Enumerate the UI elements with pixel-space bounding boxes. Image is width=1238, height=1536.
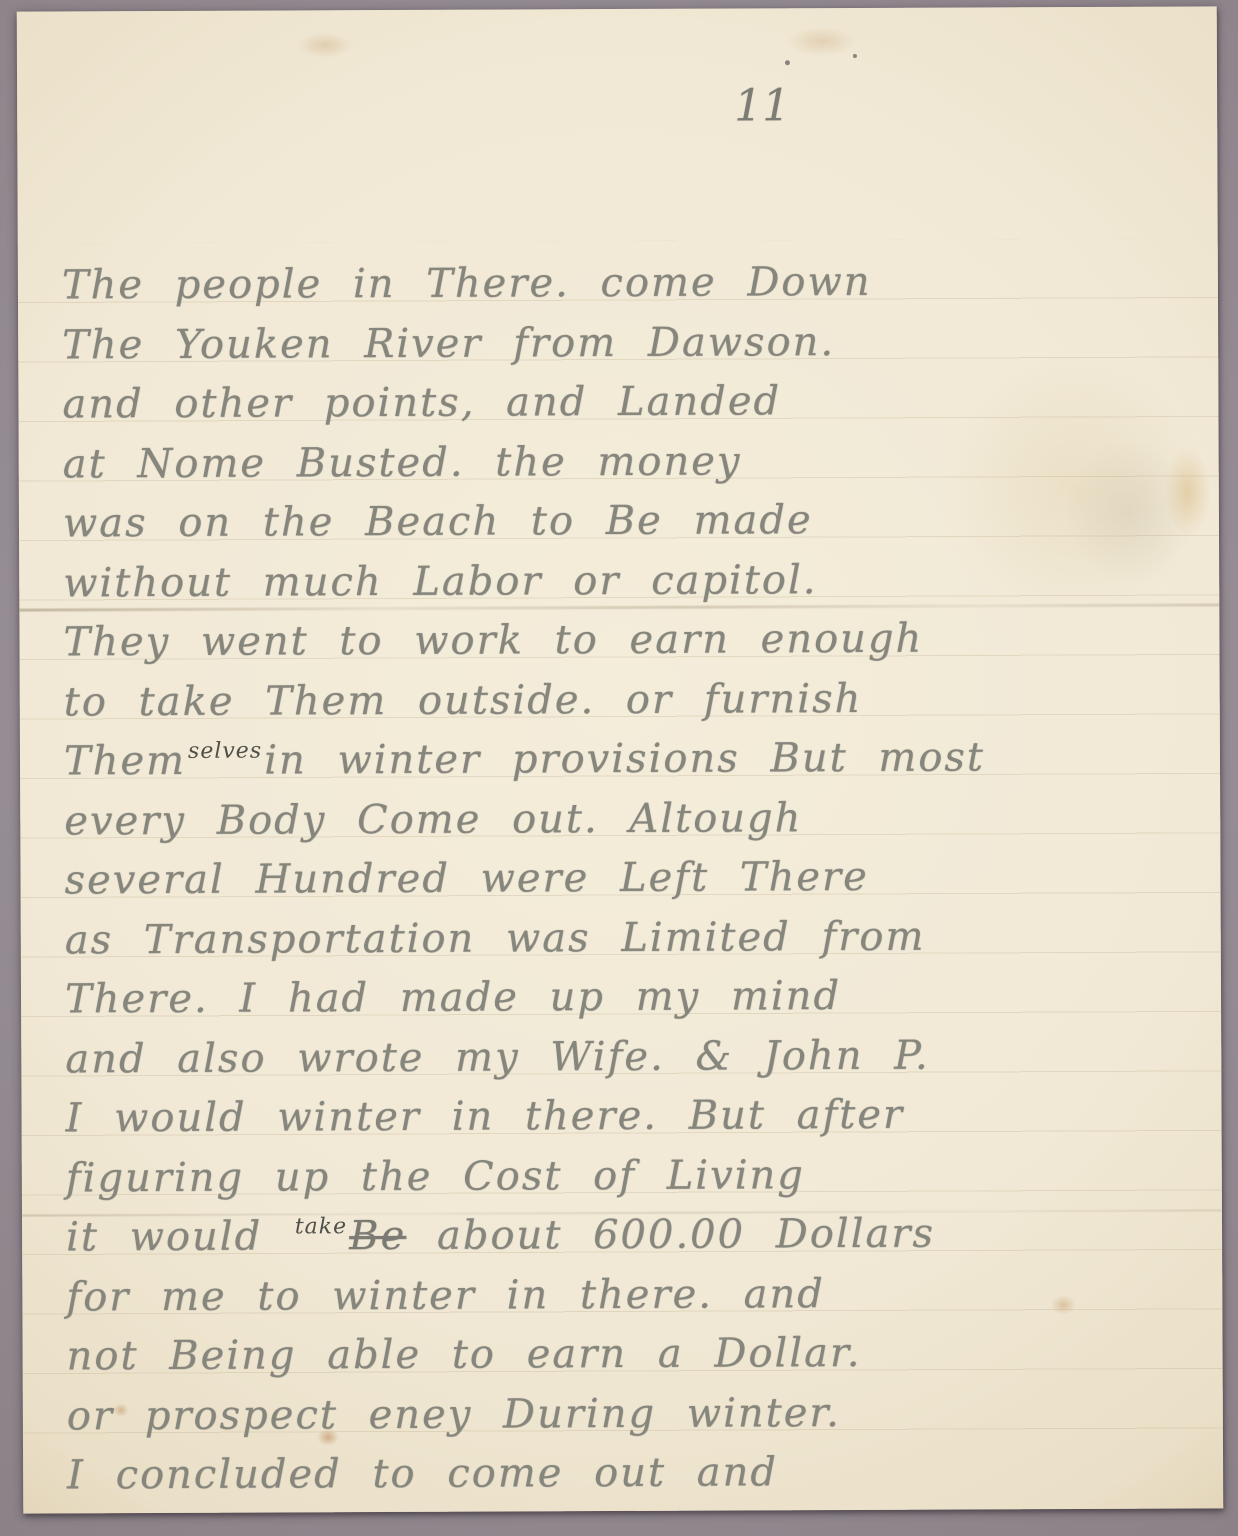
word-segment: and also wrote my Wife. & John P. — [65, 1032, 930, 1082]
word-segment: it would — [66, 1213, 293, 1260]
manuscript-line: and other points, and Landed — [62, 371, 1202, 435]
scanned-document: { "colors": { "mat_background": "#968d95… — [0, 0, 1238, 1536]
manuscript-line: for me to winter in there. and — [66, 1264, 1206, 1328]
manuscript-line: to take Them outside. or furnish — [64, 669, 1204, 733]
manuscript-line: There. I had made up my mind — [65, 966, 1205, 1030]
word-segment: selves — [188, 739, 262, 764]
manuscript-line: was on the Beach to Be made — [63, 490, 1203, 554]
manuscript-line: or prospect eney During winter. — [67, 1383, 1207, 1447]
page-number: 11 — [717, 80, 807, 131]
word-segment: Be — [349, 1213, 406, 1259]
word-segment: figuring up the Cost of Living — [66, 1152, 805, 1201]
manuscript-line: Themselvesin winter provisions But most — [64, 728, 1204, 792]
manuscript-line: at Nome Busted. the money — [63, 431, 1203, 495]
manuscript-line: I concluded to come out and — [67, 1442, 1207, 1506]
word-segment: take — [295, 1214, 347, 1239]
manuscript-line: The people in There. come Down — [62, 252, 1202, 316]
manuscript-line: I would winter in there. But after — [65, 1085, 1205, 1149]
manuscript-page: 11 The people in There. come DownThe You… — [17, 6, 1224, 1513]
word-segment: The Youken River from Dawson. — [62, 319, 835, 368]
manuscript-line: They went to work to earn enough — [63, 609, 1203, 673]
word-segment: about 600.00 Dollars — [406, 1211, 935, 1259]
word-segment: without much Labor or capitol. — [63, 557, 817, 606]
word-segment: There. I had made up my mind — [65, 973, 841, 1022]
pencil-mark — [853, 54, 857, 58]
manuscript-line: The Youken River from Dawson. — [62, 312, 1202, 376]
word-segment: in winter provisions But most — [264, 734, 985, 783]
manuscript-text: The people in There. come DownThe Youken… — [62, 252, 1207, 1506]
word-segment: to take Them outside. or furnish — [64, 675, 863, 724]
word-segment: or prospect eney During winter. — [67, 1390, 841, 1439]
word-segment: They went to work to earn enough — [63, 616, 923, 666]
foxing-spot — [787, 26, 857, 56]
word-segment: several Hundred were Left There — [64, 854, 868, 904]
word-segment: and other points, and Landed — [62, 378, 781, 427]
manuscript-line: not Being able to earn a Dollar. — [66, 1323, 1206, 1387]
manuscript-line: figuring up the Cost of Living — [66, 1145, 1206, 1209]
word-segment: at Nome Busted. the money — [63, 438, 742, 487]
word-segment: not Being able to earn a Dollar. — [66, 1330, 861, 1379]
manuscript-line: without much Labor or capitol. — [63, 550, 1203, 614]
word-segment: Them — [64, 738, 186, 785]
manuscript-line: several Hundred were Left There — [64, 847, 1204, 911]
word-segment: I would winter in there. But after — [65, 1092, 904, 1142]
foxing-spot — [297, 32, 353, 58]
manuscript-line: it would takeBe about 600.00 Dollars — [66, 1204, 1206, 1268]
word-segment: I concluded to come out and — [67, 1449, 778, 1498]
manuscript-line: as Transportation was Limited from — [65, 907, 1205, 971]
pencil-mark — [785, 60, 790, 65]
word-segment: every Body Come out. Altough — [64, 795, 802, 844]
word-segment: for me to winter in there. and — [66, 1271, 825, 1320]
manuscript-line: and also wrote my Wife. & John P. — [65, 1026, 1205, 1090]
word-segment: was on the Beach to Be made — [63, 497, 813, 546]
manuscript-line: every Body Come out. Altough — [64, 788, 1204, 852]
word-segment: The people in There. come Down — [62, 259, 872, 309]
word-segment: as Transportation was Limited from — [65, 913, 926, 963]
